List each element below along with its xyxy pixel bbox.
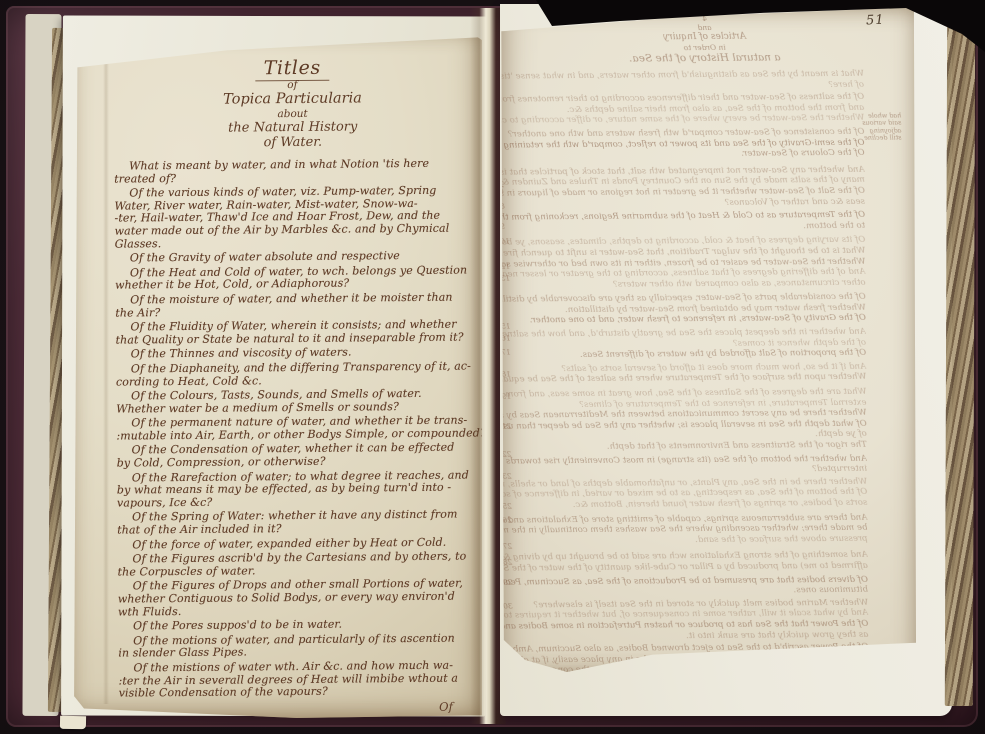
manuscript-paragraph: Of the Fluidity of Water, wherein it con…	[115, 319, 473, 347]
showthrough-lines: What is meant by the Sea as distinguish'…	[496, 68, 919, 724]
manuscript-line: that of the Air included in it?	[117, 521, 475, 537]
book-photograph: TitlesofTopica Particulariaaboutthe Natu…	[0, 0, 985, 734]
manuscript-paragraph: Of the moisture of water, and whether it…	[115, 291, 473, 319]
showthrough-heading-line: a natural History of the Sea.	[496, 50, 914, 66]
showthrough-margin-number: 27	[503, 542, 513, 551]
showthrough-text: 4andArticles of Inquiryin Order toa natu…	[495, 4, 918, 673]
showthrough-line: sorts of bodies, or springs of fresh wat…	[503, 498, 867, 511]
page-tab	[60, 716, 86, 729]
showthrough-margin-number: 30	[503, 602, 513, 611]
showthrough-margin-note-line: still decline	[837, 135, 901, 143]
manuscript-paragraph: Of the Diaphaneity, and the differing Tr…	[116, 360, 474, 388]
right-page-edges-gilt	[945, 12, 975, 706]
showthrough-line: of here?	[500, 79, 864, 92]
manuscript-line: that Quality or State be natural to it a…	[116, 331, 474, 347]
manuscript-paragraph: What is meant by water, and in what Noti…	[114, 157, 472, 185]
manuscript-paragraph: Of the Rarefaction of water; to what deg…	[117, 469, 475, 510]
showthrough-line: Of the Gravity of Sea-waters, in referen…	[502, 313, 866, 326]
showthrough-margin-number: 23	[502, 472, 512, 481]
manuscript-paragraph: Of the mistions of water wth. Air &c. an…	[118, 659, 476, 700]
showthrough-line: interrupted?	[503, 464, 867, 477]
manuscript-paragraph: Of the motions of water, and particularl…	[118, 632, 476, 660]
manuscript-paragraph: Of the Figures of Drops and other small …	[118, 578, 476, 619]
manuscript-paragraph: Of the Figures ascrib'd by the Cartesian…	[117, 551, 475, 579]
manuscript-paragraph: Of the Spring of Water: whether it have …	[117, 509, 475, 537]
manuscript-line: visible Condensation of the vapours?	[119, 685, 477, 701]
manuscript-paragraph: Of the Colours, Tasts, Sounds, and Smell…	[116, 388, 474, 416]
showthrough-margin-number: 22	[502, 450, 512, 459]
showthrough-line: pressure above the surface of the sand.	[504, 533, 868, 546]
folio-number: 51	[866, 13, 885, 29]
showthrough-margin-number: 21	[502, 422, 512, 431]
manuscript-line: wth Fluids.	[118, 603, 476, 619]
manuscript-paragraph: Of the permanent nature of water, and wh…	[116, 415, 474, 443]
showthrough-line: Whether the Sea-water be every where of …	[500, 113, 864, 126]
showthrough-line: to the bottom.	[501, 220, 865, 233]
left-page-content: TitlesofTopica Particulariaaboutthe Natu…	[113, 56, 477, 716]
showthrough-line: other circumstances, as also compared wt…	[502, 277, 866, 290]
showthrough-margin-number: 28	[503, 558, 513, 567]
left-manuscript-page: TitlesofTopica Particulariaaboutthe Natu…	[70, 36, 482, 718]
showthrough-line: bituminous ones.	[504, 585, 868, 598]
manuscript-line: by Cold, Compression, or otherwise?	[117, 454, 475, 470]
showthrough-margin-number: 26	[502, 516, 512, 525]
showthrough-line: The rigor of the Straitness and Environm…	[503, 440, 867, 453]
title-word: Titles	[256, 57, 329, 82]
showthrough-margin-number: 29	[503, 578, 513, 587]
showthrough-margin-number: 25	[502, 502, 512, 511]
showthrough-margin-note: had wholesaid variousadjoyningstill decl…	[837, 112, 901, 142]
title-block: TitlesofTopica Particulariaaboutthe Natu…	[113, 56, 472, 151]
right-manuscript-page: 4andArticles of Inquiryin Order toa natu…	[498, 6, 916, 672]
showthrough-line: as they grow quickly that are sunk into …	[504, 629, 868, 642]
showthrough-line: Of the proportion of Salt afforded by th…	[502, 348, 866, 361]
showthrough-line: affirmed to me) and produced by a Pillar…	[504, 561, 868, 574]
manuscript-paragraph: Of the various kinds of water, viz. Pump…	[114, 185, 473, 251]
showthrough-line: Of the Colours of Sea-water.	[501, 148, 865, 161]
manuscript-body: What is meant by water, and in what Noti…	[114, 157, 477, 700]
title-line: of Water.	[114, 133, 472, 151]
manuscript-paragraph: Of the Heat and Cold of water, to wch. b…	[115, 264, 473, 292]
showthrough-line: Whether upon the surface of the Temperat…	[502, 372, 866, 385]
showthrough-line: seas &c and rather of Volcanos?	[501, 196, 865, 209]
manuscript-paragraph: Of the Condensation of water, whether it…	[117, 442, 475, 470]
